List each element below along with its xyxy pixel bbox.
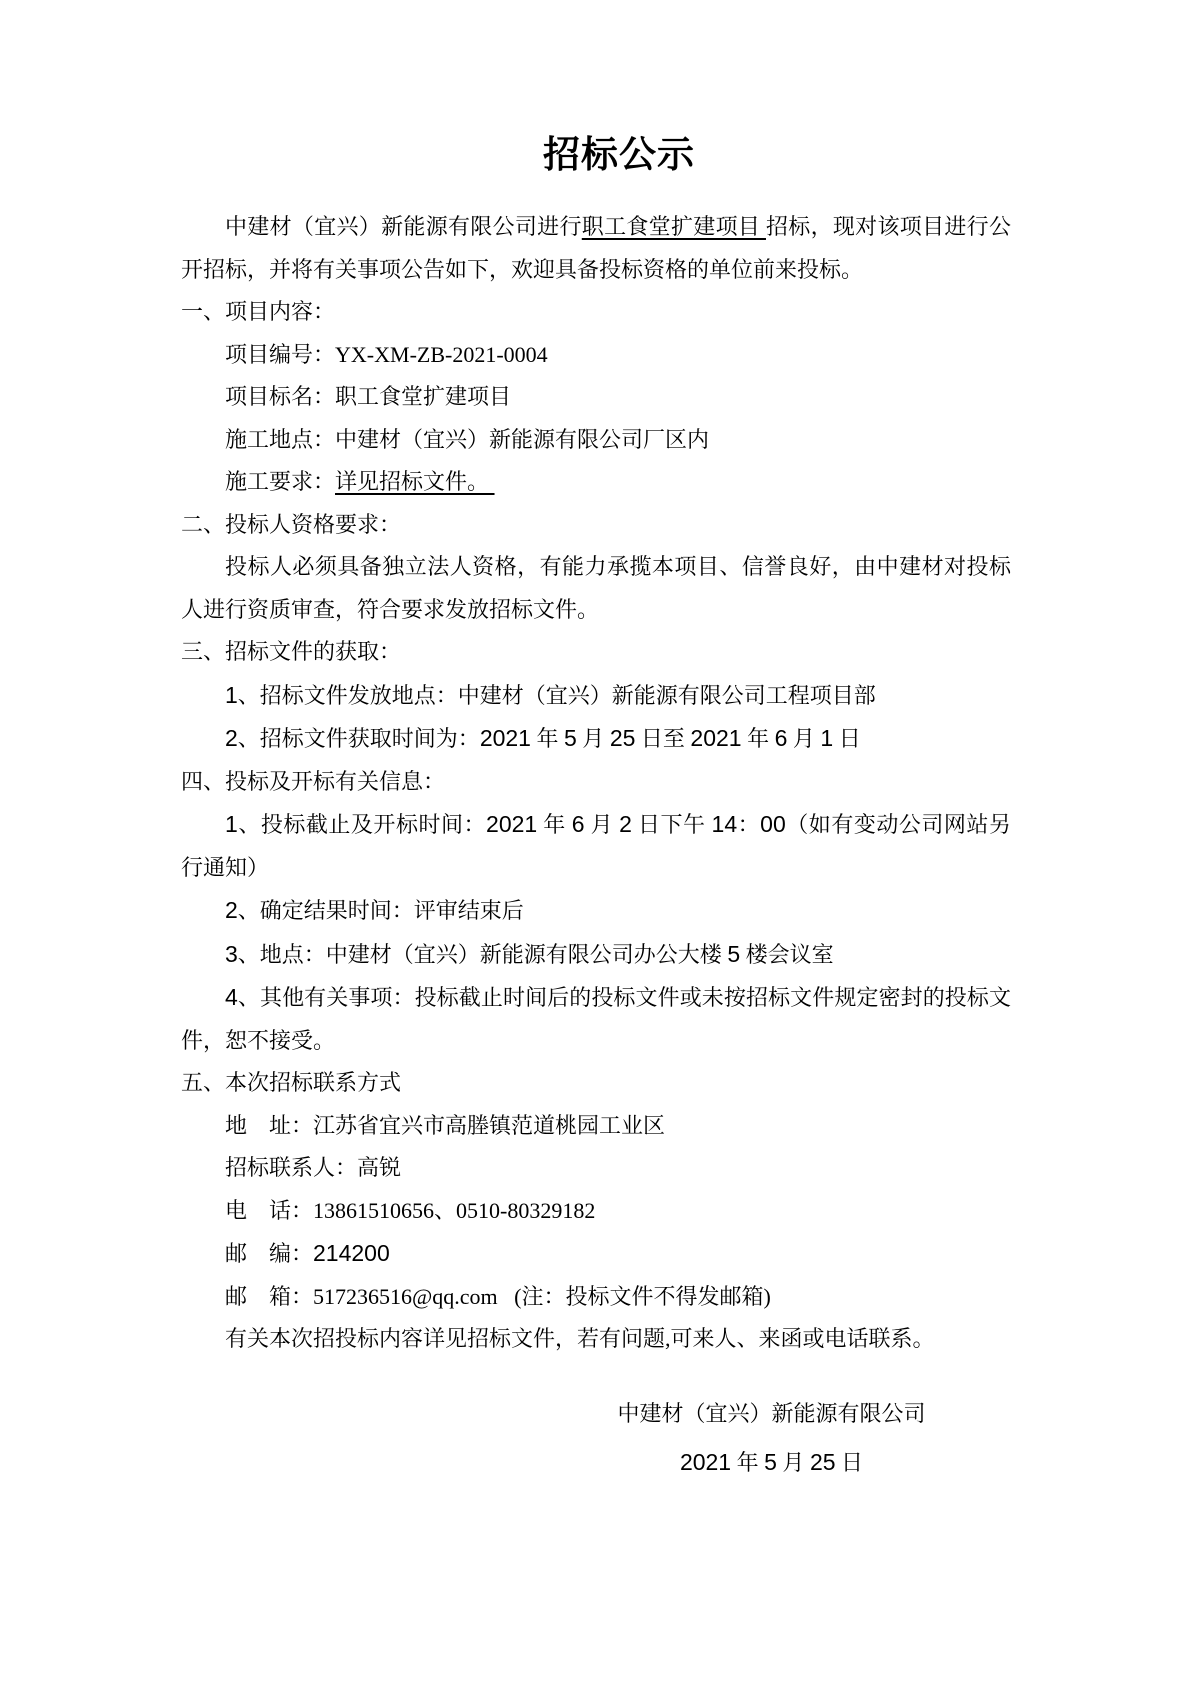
section-4-heading: 四、投标及开标有关信息： [181, 761, 1011, 804]
text-run: 214200 [313, 1240, 390, 1266]
tender-announcement-page: 招标公示 中建材（宜兴）新能源有限公司进行职工食堂扩建项目 招标，现对该项目进行… [0, 0, 1191, 1684]
text-run: 1 [225, 811, 238, 837]
text-run: 日 [833, 726, 861, 751]
text-run: 14 [712, 811, 738, 837]
document-issue-location-line: 1、招标文件发放地点：中建材（宜兴）新能源有限公司工程项目部 [181, 674, 1011, 718]
text-run: 5 [564, 725, 577, 751]
text-run: 日至 [635, 726, 690, 751]
signature-date: 2021 年 5 月 25 日 [531, 1438, 1012, 1487]
text-run: 施工要求： [225, 469, 335, 494]
phone-line: 电 话：13861510656、0510-80329182 [181, 1190, 1011, 1233]
text-run: 项目编号： [225, 342, 335, 367]
text-run: 月 [787, 726, 820, 751]
text-run: 517236516@qq.com [313, 1284, 498, 1309]
text-run: 月 [777, 1450, 810, 1475]
text-run: (注：投标文件不得发邮箱) [498, 1284, 771, 1309]
text-run: 5 [727, 941, 740, 967]
text-run: 职工食堂扩建项目 [582, 214, 766, 239]
text-run: 年 [731, 1450, 764, 1475]
text-run: 2 [619, 811, 632, 837]
bidder-qualification-paragraph: 投标人必须具备独立法人资格，有能力承揽本项目、信誉良好，由中建材对投标人进行资质… [181, 546, 1011, 631]
text-run: 2 [225, 725, 238, 751]
text-run: 3 [225, 941, 238, 967]
text-run: 日 [836, 1450, 864, 1475]
text-run: 月 [585, 812, 620, 837]
text-run: 项目标名：职工食堂扩建项目 [225, 384, 511, 409]
text-run: 、招标文件发放地点：中建材（宜兴）新能源有限公司工程项目部 [238, 683, 876, 708]
text-run: 电 话： [225, 1198, 313, 1223]
text-run: 日下午 [632, 812, 712, 837]
text-run: 25 [610, 725, 636, 751]
text-run: 五、本次招标联系方式 [181, 1070, 401, 1095]
text-run: 0510-80329182 [456, 1198, 595, 1223]
project-title-line: 项目标名：职工食堂扩建项目 [181, 376, 1011, 419]
text-run: 、确定结果时间：评审结束后 [238, 898, 524, 923]
text-run: 25 [810, 1449, 836, 1475]
document-body: 中建材（宜兴）新能源有限公司进行职工食堂扩建项目 招标，现对该项目进行公开招标，… [181, 206, 1011, 1361]
text-run: 有关本次招投标内容详见招标文件，若有问题,可来人、来函或电话联系。 [225, 1326, 935, 1351]
text-run: 一、项目内容： [181, 299, 335, 324]
section-3-heading: 三、招标文件的获取： [181, 631, 1011, 674]
text-run: YX-XM-ZB-2021-0004 [335, 342, 548, 367]
text-run: 详见招标文件。 [335, 469, 495, 494]
text-run: 2021 [690, 725, 741, 751]
document-obtain-time-line: 2、招标文件获取时间为：2021 年 5 月 25 日至 2021 年 6 月 … [181, 717, 1011, 761]
text-run: 、投标截止及开标时间： [238, 812, 486, 837]
text-run: 2 [225, 897, 238, 923]
text-run: 2021 [480, 725, 531, 751]
address-line: 地 址：江苏省宜兴市高塍镇范道桃园工业区 [181, 1105, 1011, 1148]
signature-company: 中建材（宜兴）新能源有限公司 [531, 1389, 1012, 1438]
document-title: 招标公示 [204, 130, 1034, 180]
text-run: 年 [537, 812, 572, 837]
closing-paragraph: 有关本次招投标内容详见招标文件，若有问题,可来人、来函或电话联系。 [181, 1318, 1011, 1361]
text-run: 2021 [680, 1449, 731, 1475]
postcode-line: 邮 编：214200 [181, 1232, 1011, 1276]
other-matters-line: 4、其他有关事项：投标截止时间后的投标文件或未按招标文件规定密封的投标文件，恕不… [181, 976, 1011, 1062]
text-run: 邮 箱： [225, 1284, 313, 1309]
text-run: 00 [760, 811, 786, 837]
contact-person-line: 招标联系人：高锐 [181, 1147, 1011, 1190]
text-run: 、招标文件获取时间为： [238, 726, 480, 751]
text-run: 地 址：江苏省宜兴市高塍镇范道桃园工业区 [225, 1113, 665, 1138]
intro-paragraph: 中建材（宜兴）新能源有限公司进行职工食堂扩建项目 招标，现对该项目进行公开招标，… [181, 206, 1011, 291]
construction-requirement-line: 施工要求：详见招标文件。 [181, 461, 1011, 504]
text-run: 投标人必须具备独立法人资格，有能力承揽本项目、信誉良好，由中建材对投标人进行资质… [181, 554, 1011, 622]
text-run: 招标联系人：高锐 [225, 1155, 401, 1180]
text-run: 6 [775, 725, 788, 751]
text-run: 二、投标人资格要求： [181, 512, 401, 537]
opening-location-line: 3、地点：中建材（宜兴）新能源有限公司办公大楼 5 楼会议室 [181, 933, 1011, 977]
project-number-line: 项目编号：YX-XM-ZB-2021-0004 [181, 334, 1011, 377]
text-run: 施工地点：中建材（宜兴）新能源有限公司厂区内 [225, 427, 709, 452]
text-run: 中建材（宜兴）新能源有限公司进行 [225, 214, 582, 239]
text-run: 5 [764, 1449, 777, 1475]
text-run: 楼会议室 [740, 942, 834, 967]
section-5-heading: 五、本次招标联系方式 [181, 1062, 1011, 1105]
text-run: 1 [225, 682, 238, 708]
text-run: 、 [434, 1198, 456, 1223]
construction-site-line: 施工地点：中建材（宜兴）新能源有限公司厂区内 [181, 419, 1011, 462]
section-1-heading: 一、项目内容： [181, 291, 1011, 334]
text-run: 4 [225, 984, 238, 1010]
text-run: 四、投标及开标有关信息： [181, 769, 445, 794]
text-run: 年 [742, 726, 775, 751]
text-run: 13861510656 [313, 1198, 434, 1223]
text-run: 6 [572, 811, 585, 837]
signature-block: 中建材（宜兴）新能源有限公司 2021 年 5 月 25 日 [531, 1389, 1012, 1487]
text-run: 、其他有关事项：投标截止时间后的投标文件或未按招标文件规定密封的投标文件，恕不接… [181, 985, 1011, 1053]
result-time-line: 2、确定结果时间：评审结束后 [181, 889, 1011, 933]
text-run: 、地点：中建材（宜兴）新能源有限公司办公大楼 [238, 942, 728, 967]
text-run: 1 [820, 725, 833, 751]
text-run: 2021 [486, 811, 537, 837]
text-run: 月 [577, 726, 610, 751]
text-run: ： [737, 812, 760, 837]
text-run: 三、招标文件的获取： [181, 639, 401, 664]
section-2-heading: 二、投标人资格要求： [181, 504, 1011, 547]
email-line: 邮 箱：517236516@qq.com (注：投标文件不得发邮箱) [181, 1276, 1011, 1319]
text-run: 年 [531, 726, 564, 751]
text-run: 邮 编： [225, 1241, 313, 1266]
bid-deadline-line: 1、投标截止及开标时间：2021 年 6 月 2 日下午 14：00（如有变动公… [181, 803, 1011, 889]
